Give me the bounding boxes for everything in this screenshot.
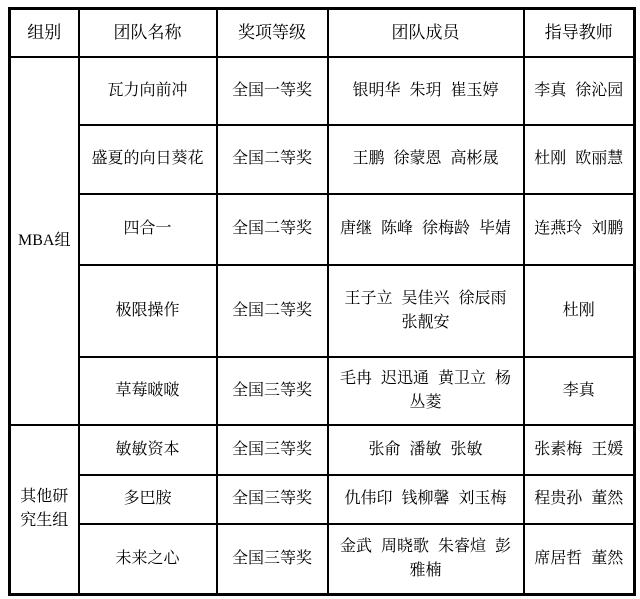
team-cell: 未来之心 bbox=[79, 524, 217, 595]
table-row: 其他研究生组 敏敏资本 全国三等奖 张俞 潘敏 张敏 张素梅 王媛 bbox=[10, 425, 635, 475]
teachers-cell: 李真 徐沁园 bbox=[524, 57, 635, 125]
members-cell: 仇伟印 钱柳馨 刘玉梅 bbox=[328, 475, 524, 524]
header-cell-award: 奖项等级 bbox=[217, 9, 328, 57]
team-cell: 极限操作 bbox=[79, 265, 217, 357]
team-cell: 瓦力向前冲 bbox=[79, 57, 217, 125]
header-cell-group: 组别 bbox=[10, 9, 79, 57]
table-row: 四合一 全国二等奖 唐继 陈峰 徐梅龄 毕婧 连燕玲 刘鹏 bbox=[10, 194, 635, 265]
header-cell-teachers: 指导教师 bbox=[524, 9, 635, 57]
members-cell: 银明华 朱玥 崔玉婷 bbox=[328, 57, 524, 125]
award-cell: 全国一等奖 bbox=[217, 57, 328, 125]
group-cell-other-graduate: 其他研究生组 bbox=[10, 425, 79, 595]
members-cell: 金武 周晓歌 朱睿煊 彭雅楠 bbox=[328, 524, 524, 595]
members-cell: 毛冉 迟迅通 黄卫立 杨丛菱 bbox=[328, 357, 524, 425]
members-cell: 王子立 吴佳兴 徐辰雨 张靓安 bbox=[328, 265, 524, 357]
award-cell: 全国二等奖 bbox=[217, 194, 328, 265]
table-row: 极限操作 全国二等奖 王子立 吴佳兴 徐辰雨 张靓安 杜刚 bbox=[10, 265, 635, 357]
teachers-cell: 杜刚 欧丽慧 bbox=[524, 125, 635, 194]
teachers-cell: 李真 bbox=[524, 357, 635, 425]
team-cell: 盛夏的向日葵花 bbox=[79, 125, 217, 194]
table-row: 草莓啵啵 全国三等奖 毛冉 迟迅通 黄卫立 杨丛菱 李真 bbox=[10, 357, 635, 425]
team-cell: 四合一 bbox=[79, 194, 217, 265]
table-row: MBA组 瓦力向前冲 全国一等奖 银明华 朱玥 崔玉婷 李真 徐沁园 bbox=[10, 57, 635, 125]
document-page: 组别 团队名称 奖项等级 团队成员 指导教师 MBA组 瓦力向前冲 全国一等奖 … bbox=[0, 0, 640, 599]
teachers-cell: 程贵孙 董然 bbox=[524, 475, 635, 524]
table-row: 盛夏的向日葵花 全国二等奖 王鹏 徐蒙恩 高彬晟 杜刚 欧丽慧 bbox=[10, 125, 635, 194]
table-row: 未来之心 全国三等奖 金武 周晓歌 朱睿煊 彭雅楠 席居哲 董然 bbox=[10, 524, 635, 595]
teachers-cell: 张素梅 王媛 bbox=[524, 425, 635, 475]
award-cell: 全国三等奖 bbox=[217, 425, 328, 475]
team-cell: 敏敏资本 bbox=[79, 425, 217, 475]
header-cell-members: 团队成员 bbox=[328, 9, 524, 57]
team-cell: 草莓啵啵 bbox=[79, 357, 217, 425]
table-row: 多巴胺 全国三等奖 仇伟印 钱柳馨 刘玉梅 程贵孙 董然 bbox=[10, 475, 635, 524]
teachers-cell: 连燕玲 刘鹏 bbox=[524, 194, 635, 265]
members-cell: 王鹏 徐蒙恩 高彬晟 bbox=[328, 125, 524, 194]
team-cell: 多巴胺 bbox=[79, 475, 217, 524]
group-cell-mba: MBA组 bbox=[10, 57, 79, 425]
award-cell: 全国三等奖 bbox=[217, 475, 328, 524]
award-cell: 全国三等奖 bbox=[217, 357, 328, 425]
awards-table: 组别 团队名称 奖项等级 团队成员 指导教师 MBA组 瓦力向前冲 全国一等奖 … bbox=[8, 7, 636, 596]
award-cell: 全国二等奖 bbox=[217, 125, 328, 194]
members-cell: 张俞 潘敏 张敏 bbox=[328, 425, 524, 475]
members-cell: 唐继 陈峰 徐梅龄 毕婧 bbox=[328, 194, 524, 265]
header-row: 组别 团队名称 奖项等级 团队成员 指导教师 bbox=[10, 9, 635, 57]
teachers-cell: 杜刚 bbox=[524, 265, 635, 357]
award-cell: 全国二等奖 bbox=[217, 265, 328, 357]
award-cell: 全国三等奖 bbox=[217, 524, 328, 595]
header-cell-team: 团队名称 bbox=[79, 9, 217, 57]
teachers-cell: 席居哲 董然 bbox=[524, 524, 635, 595]
